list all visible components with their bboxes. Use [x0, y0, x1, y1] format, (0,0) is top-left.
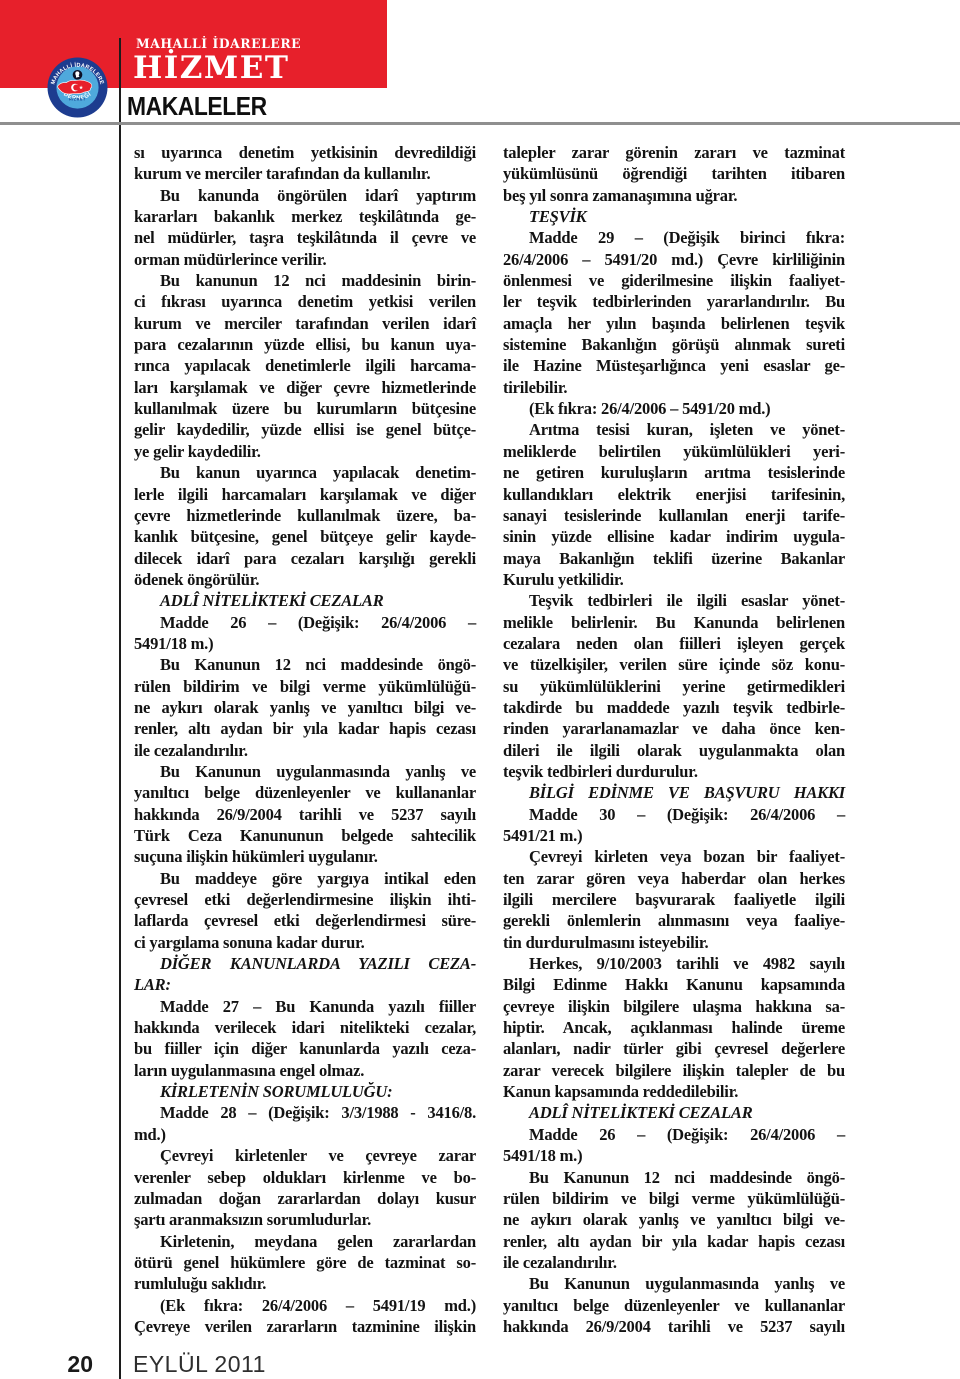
text-line: maya Bakanlığın teklifi üzerine Bakanlar: [503, 548, 845, 569]
text-line: melikle belirlenir. Bu Kanunda belirlene…: [503, 612, 845, 633]
text-line: ile cezalandırılır.: [134, 740, 476, 761]
text-line: Kurulu yetkilidir.: [503, 569, 845, 590]
text-line: meliklerde belirtilen yükümlülükleri yer…: [503, 441, 845, 462]
section-heading-line: LAR:: [134, 974, 476, 995]
text-line: Çevreye verilen zararların tazminine ili…: [134, 1316, 476, 1337]
text-line: ne aykırı olarak yanlış ve yanıltıcı bil…: [134, 697, 476, 718]
text-line: ci yargılama sonuna kadar durur.: [134, 932, 476, 953]
header-divider-rule: [0, 122, 960, 125]
text-line: Teşvik tedbirleri ile ilgili esaslar yön…: [503, 590, 845, 611]
text-line: 5491/18 m.): [503, 1145, 845, 1166]
vertical-divider: [119, 38, 121, 1379]
text-line: hakkında verilecek idari nitelikteki cez…: [134, 1017, 476, 1038]
section-heading-line: BİLGİ EDİNME VE BAŞVURU HAKKI: [503, 782, 845, 803]
text-line: Madde 28 – (Değişik: 3/3/1988 - 3416/8.: [134, 1102, 476, 1123]
text-line: Madde 29 – (Değişik birinci fıkra:: [503, 227, 845, 248]
text-line: 5491/18 m.): [134, 633, 476, 654]
text-line: hiptir. Ancak, açıklanması halinde üreme: [503, 1017, 845, 1038]
text-line: Çevreyi kirleten veya bozan bir faaliyet…: [503, 846, 845, 867]
text-line: Herkes, 9/10/2003 tarihli ve 4982 sayılı: [503, 953, 845, 974]
text-line: renler, altı aydan bir yıla kadar hapis …: [134, 718, 476, 739]
text-line: lerle ilgili harcamaları karşılamak ve d…: [134, 484, 476, 505]
text-line: çevresel etki değerlendirmesine ilişkin …: [134, 889, 476, 910]
section-title: MAKALELER: [127, 91, 267, 122]
text-line: gerekli önlemlerin alınmasını veya faali…: [503, 910, 845, 931]
text-line: Madde 30 – (Değişik: 26/4/2006 –: [503, 804, 845, 825]
text-line: kullanılmak üzere bu kurumların bütçesin…: [134, 398, 476, 419]
section-heading-line: ADLÎ NİTELİKTEKİ CEZALAR: [503, 1102, 845, 1123]
text-line: tin durdurulmasını isteyebilir.: [503, 932, 845, 953]
text-line: verenler sebep oldukları kirlenme ve bo-: [134, 1167, 476, 1188]
text-line: talepler zarar görenin zararı ve tazmina…: [503, 142, 845, 163]
text-line: nel müdürler, taşra teşkilâtında il çevr…: [134, 227, 476, 248]
text-line: gelir kaydedilir, yüzde ellisi ise genel…: [134, 419, 476, 440]
text-line: önlenmesi ve giderilmesine ilişkin faali…: [503, 270, 845, 291]
text-line: kararları bakanlık merkez teşkilâtında g…: [134, 206, 476, 227]
text-line: sanayi tesislerinde kullanılan enerji ta…: [503, 505, 845, 526]
text-line: ödenek öngörülür.: [134, 569, 476, 590]
text-line: ne aykırı olarak yanlış ve yanıltıcı bil…: [503, 1209, 845, 1230]
section-heading-line: ADLÎ NİTELİKTEKİ CEZALAR: [134, 590, 476, 611]
text-line: dilecek idarî para cezaları karşılığı ge…: [134, 548, 476, 569]
text-line: 5491/21 m.): [503, 825, 845, 846]
page-number: 20: [38, 1351, 93, 1378]
text-line: alanları, nadir türler gibi çevresel değ…: [503, 1038, 845, 1059]
brand-large-title: HİZMET: [133, 50, 289, 86]
text-line: Türk Ceza Kanununun belgede sahtecilik: [134, 825, 476, 846]
text-line: ilgili mercilere başvurarak faaliyetle i…: [503, 889, 845, 910]
right-column: talepler zarar görenin zararı ve tazmina…: [503, 142, 845, 1337]
text-line: çevre hizmetlerinde kullanılmak üzere, b…: [134, 505, 476, 526]
text-line: kullandıkları elektrik enerjisi tarifesi…: [503, 484, 845, 505]
text-line: beş yıl sonra zamanaşımına uğrar.: [503, 185, 845, 206]
text-line: Bu kanunda öngörülen idarî yaptırım: [134, 185, 476, 206]
text-line: orman müdürlerince verilir.: [134, 249, 476, 270]
text-line: rumluluğu saklıdır.: [134, 1273, 476, 1294]
text-line: Bu Kanunun uygulanmasında yanlış ve: [134, 761, 476, 782]
text-line: ci fıkrası uyarınca denetim yetkisi veri…: [134, 291, 476, 312]
text-line: Bu Kanunun 12 nci maddesinde öngö-: [503, 1167, 845, 1188]
text-line: Bu kanunun 12 nci maddesinin birin-: [134, 270, 476, 291]
text-line: sinin yüzde ellisine kadar indirim uygul…: [503, 526, 845, 547]
text-line: renler, altı aydan bir yıla kadar hapis …: [503, 1231, 845, 1252]
text-line: ne getiren kuruluşların arıtma tesisleri…: [503, 462, 845, 483]
text-line: md.): [134, 1124, 476, 1145]
section-heading-line: TEŞVİK: [503, 206, 845, 227]
text-line: Bu Kanunun 12 nci maddesinde öngö-: [134, 654, 476, 675]
text-line: bu fiiller için diğer kanunlarda yazılı …: [134, 1038, 476, 1059]
text-line: şartı aranmaksızın sorumludurlar.: [134, 1209, 476, 1230]
text-line: Arıtma tesisi kuran, işleten ve yönet-: [503, 419, 845, 440]
text-line: amaçla her yılın başında belirlenen teşv…: [503, 313, 845, 334]
text-line: zarar verecek bilgilere ilişkin talepler…: [503, 1060, 845, 1081]
text-line: Madde 27 – Bu Kanunda yazılı fiiller: [134, 996, 476, 1017]
text-line: kanlık bütçesine, genel bütçeye gelir ka…: [134, 526, 476, 547]
text-line: sı uyarınca denetim yetkisinin devredild…: [134, 142, 476, 163]
text-line: teşvik tedbirleri durdurulur.: [503, 761, 845, 782]
section-heading-line: KİRLETENİN SORUMLULUĞU:: [134, 1081, 476, 1102]
text-line: takdirde bu maddede yazılı teşvik tedbir…: [503, 697, 845, 718]
text-line: Bu kanun uyarınca yapılacak denetim-: [134, 462, 476, 483]
text-line: (Ek fıkra: 26/4/2006 – 5491/20 md.): [503, 398, 845, 419]
text-line: çevreye ilişkin bilgilere ulaşma hakkına…: [503, 996, 845, 1017]
text-line: yükümlüsünü öğrendiği tarihten itibaren: [503, 163, 845, 184]
text-line: Kirletenin, meydana gelen zararlardan: [134, 1231, 476, 1252]
text-line: rülen bildirim ve bilgi verme yükümlülüğ…: [503, 1188, 845, 1209]
magazine-page: MAHALLİ İDARELERE DERNEĞİ HİZMET MAHALLİ…: [0, 0, 960, 1379]
text-line: rülen bildirim ve bilgi verme yükümlülüğ…: [134, 676, 476, 697]
text-line: ların uygulanmasına engel olmaz.: [134, 1060, 476, 1081]
text-line: ları karşılamak ve diğer çevre hizmetler…: [134, 377, 476, 398]
text-line: Bilgi Edinme Hakkı Kanunu kapsamında: [503, 974, 845, 995]
text-line: kurum ve merciler tarafından verilen ida…: [134, 313, 476, 334]
issue-date: EYLÜL 2011: [133, 1351, 266, 1378]
text-line: rınca yapılacak denetimlerle ilgili harc…: [134, 355, 476, 376]
text-line: Çevreyi kirletenler ve çevreye zarar: [134, 1145, 476, 1166]
text-line: Kanun kapsamında reddedilebilir.: [503, 1081, 845, 1102]
text-line: ten zarar gören veya haberdar olan herke…: [503, 868, 845, 889]
text-line: cezalara neden olan fiilleri işleyen ger…: [503, 633, 845, 654]
left-column: sı uyarınca denetim yetkisinin devredild…: [134, 142, 476, 1337]
text-line: ile Hazine Müsteşarlığınca yeni esaslar …: [503, 355, 845, 376]
text-line: Madde 26 – (Değişik: 26/4/2006 –: [134, 612, 476, 633]
text-line: kurum ve merciler tarafından da kullanıl…: [134, 163, 476, 184]
text-line: para cezalarının yüzde ellisi, bu kanun …: [134, 334, 476, 355]
text-line: rinden yararlanamazlar ve daha önce ken-: [503, 718, 845, 739]
text-line: (Ek fıkra: 26/4/2006 – 5491/19 md.): [134, 1295, 476, 1316]
text-line: ve tüzelkişiler, verilen süre içinde söz…: [503, 654, 845, 675]
association-logo-icon: MAHALLİ İDARELERE DERNEĞİ HİZMET: [47, 57, 108, 118]
text-line: ile cezalandırılır.: [503, 1252, 845, 1273]
text-line: hakkında 26/9/2004 tarihli ve 5237 sayıl…: [134, 804, 476, 825]
text-line: yanıltıcı belge düzenleyenler ve kullana…: [503, 1295, 845, 1316]
text-line: dileri ile ilgili olarak uygulanmakta ol…: [503, 740, 845, 761]
text-line: ye gelir kaydedilir.: [134, 441, 476, 462]
text-line: Bu maddeye göre yargıya intikal eden: [134, 868, 476, 889]
text-line: Madde 26 – (Değişik: 26/4/2006 –: [503, 1124, 845, 1145]
text-line: su yükümlülüklerini yerine getirmedikler…: [503, 676, 845, 697]
text-line: 26/4/2006 – 5491/20 md.) Çevre kirliliği…: [503, 249, 845, 270]
text-line: Bu Kanunun uygulanmasında yanlış ve: [503, 1273, 845, 1294]
logo-center-label: HİZMET: [69, 98, 86, 102]
text-line: suçuna ilişkin hükümleri uygulanır.: [134, 846, 476, 867]
text-line: laflarda çevresel etki değerlendirmesi s…: [134, 910, 476, 931]
ataturk-silhouette-icon: [73, 70, 83, 80]
text-line: hakkında 26/9/2004 tarihli ve 5237 sayıl…: [503, 1316, 845, 1337]
text-line: sistemine Bakanlığın görüşü alınmak sure…: [503, 334, 845, 355]
section-heading-line: DİĞER KANUNLARDA YAZILI CEZA-: [134, 953, 476, 974]
text-line: ötürü genel hükümlere göre de tazminat s…: [134, 1252, 476, 1273]
text-line: yanıltıcı belge düzenleyenler ve kullana…: [134, 782, 476, 803]
text-line: tirilebilir.: [503, 377, 845, 398]
text-line: ler teşvik tedbirlerinden yararlandırılı…: [503, 291, 845, 312]
text-line: zulmadan doğan zararlardan dolayı kusur: [134, 1188, 476, 1209]
